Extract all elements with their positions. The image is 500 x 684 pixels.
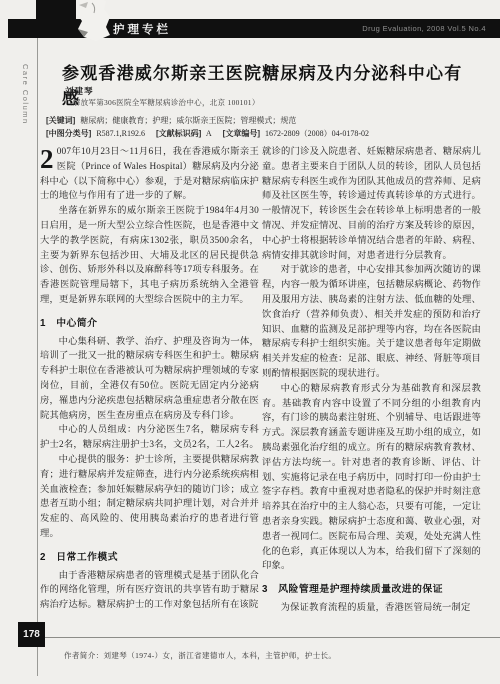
keywords-label: [关键词] [46,116,75,125]
clc-label: [中图分类号] [46,129,91,138]
paragraph: 由于香港糖尿病患者的管理模式是基于团队化合作的网络化管理，所有医疗资讯的共享皆有… [40,569,259,613]
column-title: 护理专栏 [113,21,171,37]
paragraph: 中心的人员组成：内分泌医生7名，糖尿病专科护士2名，糖尿病注册护士3名，文员2名… [40,423,259,453]
footer-rule [30,637,500,638]
intro-paragraph: 2007年10月23日～11月6日，我在香港威尔斯亲王医院（Prince of … [40,145,259,204]
section-heading-2: 2 日常工作模式 [40,551,259,566]
section-heading-1: 1 中心简介 [40,317,259,332]
author-bio-note: 作者简介：刘建琴（1974-）女，浙江省建德市人，本科，主管护师，护士长。 [64,650,464,661]
torn-paper-icon [66,0,118,43]
keywords-value: 糖尿病；健康教育；护理；威尔斯亲王医院；管理模式；规范 [80,116,296,125]
article-id-label: [文章编号] [223,129,260,138]
drop-cap: 2 [40,147,54,172]
keywords-line: [关键词] 糖尿病；健康教育；护理；威尔斯亲王医院；管理模式；规范 [46,115,476,126]
paragraph: 为保证教育流程的质量，香港医管局统一制定 [262,601,481,616]
body-column-left: 2007年10月23日～11月6日，我在香港威尔斯亲王医院（Prince of … [40,145,259,631]
paragraph-continued: 就诊的门诊及入院患者、妊娠糖尿病患者、糖尿病儿童。患者主要来自于团队人员的转诊，… [262,145,481,263]
side-column-label: Care Column [21,64,30,125]
doc-code-value: A [206,129,212,138]
clc-value: R587.1,R192.6 [96,129,145,138]
page-number: 178 [18,622,45,647]
paragraph: 中心提供的服务：护士诊所，主要提供糖尿病教育；进行糖尿病并发症筛查，进行内分泌系… [40,453,259,542]
section-heading-3: 3 风险管理是护理持续质量改进的保证 [262,583,481,598]
journal-volume-info: Drug Evaluation, 2008 Vol.5 No.4 [362,24,486,33]
doc-code-label: [文献标识码] [156,129,201,138]
article-author: 刘建琴 [65,85,94,97]
body-column-right: 就诊的门诊及入院患者、妊娠糖尿病患者、糖尿病儿童。患者主要来自于团队人员的转诊，… [262,145,481,631]
paragraph: 对于就诊的患者，中心安排其参加两次随访的课程，内容一般为循环讲座，包括糖尿病概论… [262,263,481,381]
article-id-value: 1672-2809（2008）04-0178-02 [265,129,369,138]
article-affiliation: （解放军第306医院全军糖尿病诊治中心，北京 100101） [65,97,260,108]
left-margin-rule [37,38,38,676]
journal-page: 护理专栏 Drug Evaluation, 2008 Vol.5 No.4 Ca… [0,0,500,684]
paragraph: 坐落在新界东的威尔斯亲王医院于1984年4月30日启用，是一所大型公立综合性医院… [40,204,259,308]
classification-line: [中图分类号] R587.1,R192.6 [文献标识码] A [文章编号] 1… [46,128,476,139]
paragraph: 中心集科研、教学、治疗、护理及咨询为一体，培训了一批又一批的糖尿病专科医生和护士… [40,335,259,424]
intro-text: 007年10月23日～11月6日，我在香港威尔斯亲王医院（Prince of W… [40,147,259,201]
paragraph: 中心的糖尿病教育形式分为基础教育和深层教育。基础教育内容中设置了不同分组的小组教… [262,382,481,574]
